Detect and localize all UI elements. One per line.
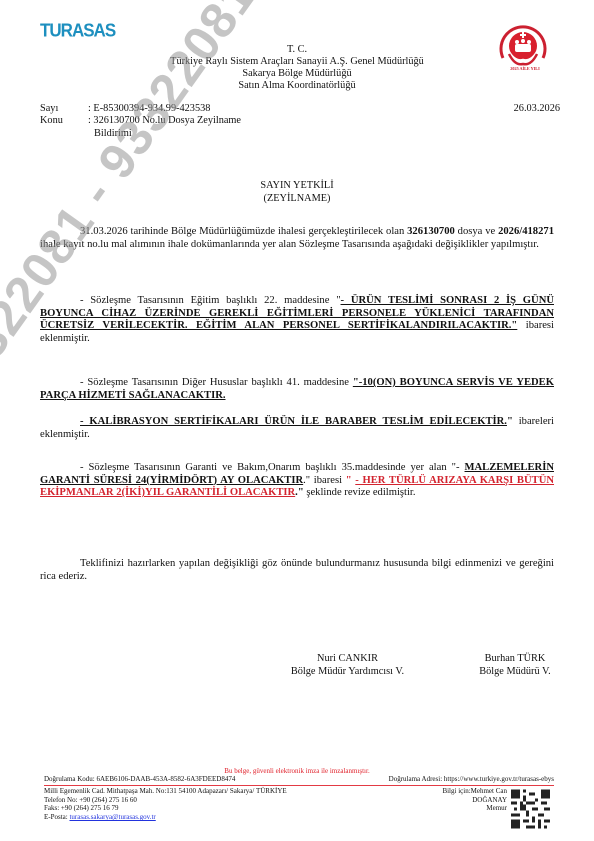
file-number: 326130700 — [407, 226, 455, 237]
letterhead-line: Satın Alma Koordinatörlüğü — [0, 80, 594, 92]
salutation: SAYIN YETKİLİ (ZEYİLNAME) — [0, 179, 594, 205]
paragraph-calibration: - KALİBRASYON SERTİFİKALARI ÜRÜN İLE BAR… — [40, 416, 554, 441]
signer-name: Burhan TÜRK — [460, 652, 570, 665]
turasas-logo: TURASAS — [40, 20, 115, 43]
verification-bar: Doğrulama Kodu: 6AEB6106-DAAB-453A-8582-… — [44, 775, 554, 786]
salutation-line: SAYIN YETKİLİ — [0, 179, 594, 192]
letterhead-line: T. C. — [0, 44, 594, 56]
konu-label: Konu — [40, 115, 88, 127]
email-link[interactable]: turasas.sakarya@turasas.gov.tr — [69, 813, 155, 821]
tender-number: 2026/418271 — [498, 226, 554, 237]
verification-address: Doğrulama Adresi: https://www.turkiye.go… — [389, 775, 554, 784]
verification-code: Doğrulama Kodu: 6AEB6106-DAAB-453A-8582-… — [44, 775, 235, 784]
paragraph-article-41: - Sözleşme Tasarısının Diğer Hususlar ba… — [40, 377, 554, 402]
document-date: 26.03.2026 — [514, 103, 560, 115]
email-label: E-Posta: — [44, 813, 69, 821]
letterhead-line: Sakarya Bölge Müdürlüğü — [0, 68, 594, 80]
sayi-value: : E-85300394-934.99-423538 — [88, 103, 318, 115]
signer-title: Bölge Müdür Yardımcısı V. — [270, 665, 425, 678]
konu-value: : 326130700 No.lu Dosya Zeyilname — [88, 115, 318, 127]
paragraph-closing: Teklifinizi hazırlarken yapılan değişikl… — [40, 558, 554, 583]
contact-person: Bilgi için:Mehmet Can DOĞANAY Memur — [420, 787, 507, 813]
letterhead: T. C. Türkiye Raylı Sistem Araçları Sana… — [0, 44, 594, 92]
paragraph-intro: 31.03.2026 tarihinde Bölge Müdürlüğümüzd… — [40, 226, 554, 251]
sayi-label: Sayı — [40, 103, 88, 115]
paragraph-article-22: - Sözleşme Tasarısının Eğitim başlıklı 2… — [40, 295, 554, 345]
qr-code-icon — [511, 789, 550, 829]
signature-block: Nuri CANKIR Bölge Müdür Yardımcısı V. — [270, 652, 425, 678]
address: Milli Egemenlik Cad. Mithatpaşa Mah. No:… — [44, 787, 287, 796]
paragraph-article-35: - Sözleşme Tasarısının Garanti ve Bakım,… — [40, 462, 554, 500]
signer-name: Nuri CANKIR — [270, 652, 425, 665]
contact-info: Milli Egemenlik Cad. Mithatpaşa Mah. No:… — [44, 787, 287, 822]
document-meta: Sayı : E-85300394-934.99-423538 Konu : 3… — [40, 103, 560, 140]
letterhead-line: Türkiye Raylı Sistem Araçları Sanayii A.… — [0, 56, 594, 68]
phone: Telefon No: +90 (264) 275 16 60 — [44, 796, 287, 805]
fax: Faks: +90 (264) 275 16 79 — [44, 804, 287, 813]
signature-block: Burhan TÜRK Bölge Müdürü V. — [460, 652, 570, 678]
added-clause: - KALİBRASYON SERTİFİKALARI ÜRÜN İLE BAR… — [80, 416, 507, 427]
salutation-subtitle: (ZEYİLNAME) — [0, 192, 594, 205]
konu-value-cont: Bildirimi — [88, 128, 318, 140]
signer-title: Bölge Müdürü V. — [460, 665, 570, 678]
